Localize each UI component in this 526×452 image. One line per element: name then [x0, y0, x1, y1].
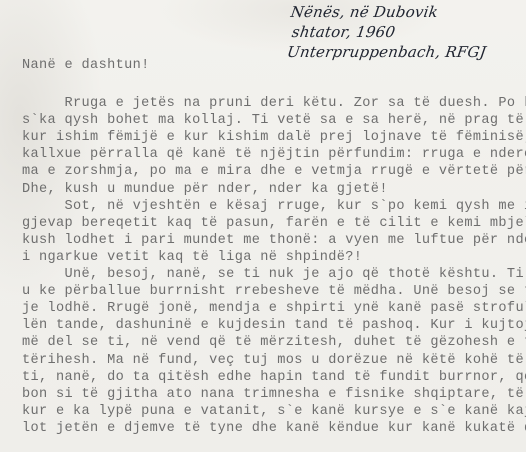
text-line: ti, nanë, do ta qitësh edhe hapin tand t… — [22, 369, 522, 386]
text-line: lot jetën e djemve të tyne dhe kanë kënd… — [22, 420, 522, 437]
text-line: ma e zorshmja, po ma e mira dhe e vetmja… — [22, 163, 522, 180]
text-line: Unë, besoj, nanë, se ti nuk je ajo që th… — [22, 266, 522, 283]
text-line: kush lodhet i pari mundet me thonë: a vy… — [22, 232, 522, 249]
text-line: Sot, në vjeshtën e kësaj rruge, kur s`po… — [22, 198, 522, 215]
text-line: Rruga e jetës na pruni deri këtu. Zor sa… — [22, 95, 522, 112]
text-line: Dhe, kush u mundue për nder, nder ka gje… — [22, 181, 522, 198]
text-line: i ngarkue vetit kaq të liga në shpindë?! — [22, 249, 522, 266]
typewritten-letter: Nanë e dashtun! Rruga e jetës na pruni d… — [22, 57, 522, 437]
text-line: bon si të gjitha ato nana trimnesha e fi… — [22, 386, 522, 403]
text-line: kallxue përralla që kanë të njëjtin përf… — [22, 146, 522, 163]
handwritten-line: Nënës, në Dubovik — [289, 2, 493, 22]
text-line: më del se ti, në vend që të mërzitesh, d… — [22, 334, 522, 351]
handwritten-line: shtator, 1960 — [287, 22, 491, 42]
text-line: kur ishim fëmijë e kur kishim dalë prej … — [22, 129, 522, 146]
text-line: gjevap bereqetit kaq të pasun, farën e t… — [22, 215, 522, 232]
paragraph-3: Unë, besoj, nanë, se ti nuk je ajo që th… — [22, 266, 522, 437]
text-line: je lodhë. Rrugë jonë, mendja e shpirti y… — [22, 300, 522, 317]
text-line: s`ka qysh bohet ma kollaj. Ti vetë sa e … — [22, 112, 522, 129]
text-line: kur e ka lypë puna e vatanit, s`e kanë k… — [22, 403, 522, 420]
paragraph-2: Sot, në vjeshtën e kësaj rruge, kur s`po… — [22, 198, 522, 266]
text-line: u ke përballue burrnisht rrebesheve të m… — [22, 283, 522, 300]
text-line: lën tande, dashuninë e kujdesin tand të … — [22, 317, 522, 334]
handwritten-annotation: Nënës, në Dubovik shtator, 1960 Unterpru… — [284, 2, 493, 62]
letter-salutation: Nanë e dashtun! — [22, 57, 522, 74]
paragraph-1: Rruga e jetës na pruni deri këtu. Zor sa… — [22, 95, 522, 198]
text-line: tërihesh. Ma në fund, veç tuj mos u dorë… — [22, 352, 522, 369]
